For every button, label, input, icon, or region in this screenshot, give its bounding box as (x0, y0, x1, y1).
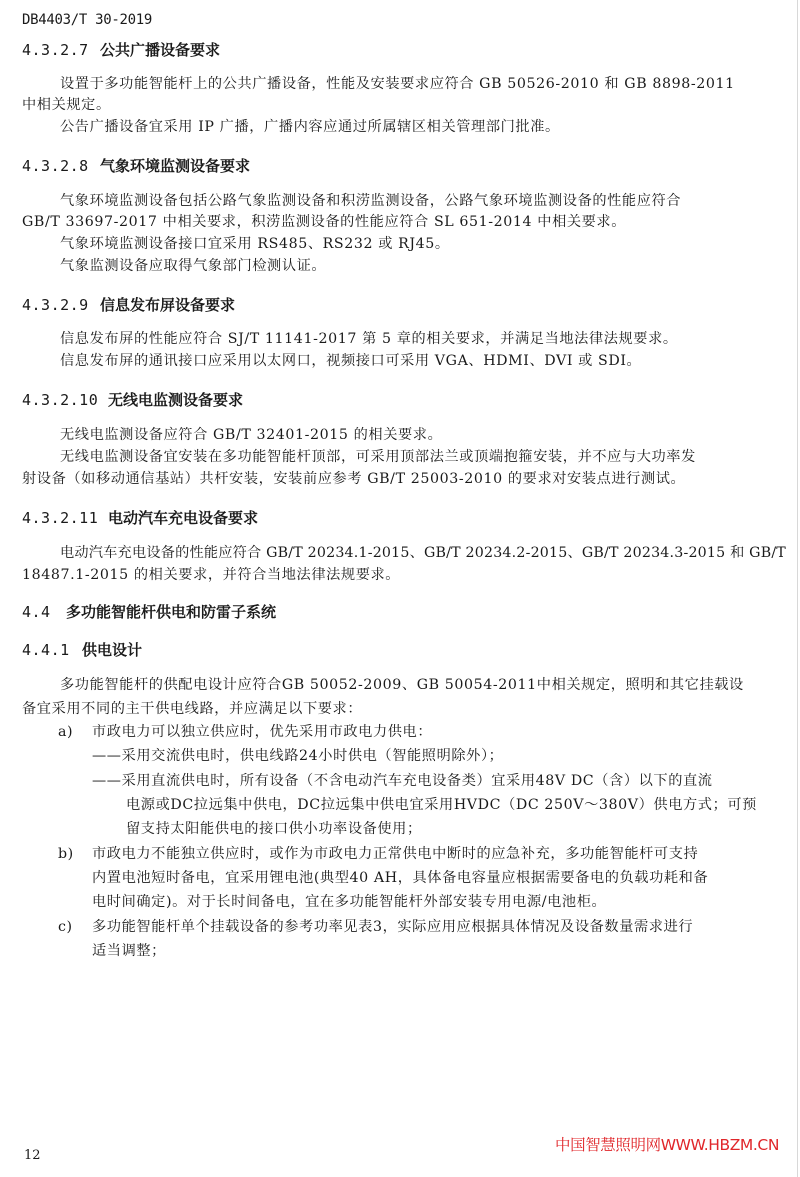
dash-item-line: ——采用交流供电时，供电线路24小时供电（智能照明除外）； (92, 746, 503, 767)
list-item-line: 市政电力不能独立供应时，或作为市政电力正常供电中断时的应急补充，多功能智能杆可支… (92, 844, 698, 865)
document-page: DB4403/T 30-2019 4.3.2.7公共广播设备要求 设置于多功能智… (0, 0, 800, 1177)
paragraph-line: 18487.1-2015 的相关要求，并符合当地法律法规要求。 (22, 565, 400, 586)
paragraph-line: 中相关规定。 (22, 95, 111, 116)
list-item-line: 市政电力可以独立供应时，优先采用市政电力供电： (92, 722, 432, 743)
heading-title: 信息发布屏设备要求 (100, 296, 235, 314)
heading-title: 电动汽车充电设备要求 (108, 509, 258, 527)
site-watermark: 中国智慧照明网WWW.HBZM.CN (555, 1133, 779, 1155)
heading-title: 多功能智能杆供电和防雷子系统 (66, 603, 276, 621)
dash-item-line: 电源或DC拉远集中供电，DC拉远集中供电宜采用HVDC（DC 250V～380V… (126, 795, 757, 816)
heading-4-4: 4.4多功能智能杆供电和防雷子系统 (22, 601, 276, 622)
paragraph-line: 信息发布屏的性能应符合 SJ/T 11141-2017 第 5 章的相关要求，并… (60, 329, 678, 350)
list-item-line: 电时间确定)。对于长时间备电，宜在多功能智能杆外部安装专用电源/电池柜。 (92, 892, 606, 913)
page-number: 12 (24, 1148, 41, 1163)
paragraph-line: 气象监测设备应取得气象部门检测认证。 (60, 256, 326, 277)
list-marker-c: c) (58, 917, 73, 938)
heading-number: 4.3.2.10 (22, 391, 108, 409)
paragraph-line: 电动汽车充电设备的性能应符合 GB/T 20234.1-2015、GB/T 20… (60, 543, 786, 564)
paragraph-line: 信息发布屏的通讯接口应采用以太网口，视频接口可采用 VGA、HDMI、DVI 或… (60, 351, 641, 372)
paragraph-line: 无线电监测设备应符合 GB/T 32401-2015 的相关要求。 (60, 425, 442, 446)
paragraph-line: 公告广播设备宜采用 IP 广播，广播内容应通过所属辖区相关管理部门批准。 (60, 117, 560, 138)
dash-item-line: ——采用直流供电时，所有设备（不含电动汽车充电设备类）宜采用48V DC（含）以… (92, 771, 713, 792)
list-marker-b: b) (58, 844, 74, 865)
heading-title: 公共广播设备要求 (100, 41, 220, 59)
paragraph-line: 射设备（如移动通信基站）共杆安装，安装前应参考 GB/T 25003-2010 … (22, 469, 685, 490)
heading-4-3-2-8: 4.3.2.8气象环境监测设备要求 (22, 155, 250, 176)
heading-number: 4.4 (22, 603, 66, 621)
paragraph-line: 无线电监测设备宜安装在多功能智能杆顶部，可采用顶部法兰或顶端抱箍安装，并不应与大… (60, 447, 696, 468)
heading-number: 4.3.2.8 (22, 157, 100, 175)
heading-title: 无线电监测设备要求 (108, 391, 243, 409)
list-item-line: 适当调整； (92, 941, 166, 962)
paragraph-line: 气象环境监测设备接口宜采用 RS485、RS232 或 RJ45。 (60, 234, 450, 255)
paragraph-line: GB/T 33697-2017 中相关要求，积涝监测设备的性能应符合 SL 65… (22, 212, 626, 233)
heading-number: 4.3.2.9 (22, 296, 100, 314)
dash-item-line: 留支持太阳能供电的接口供小功率设备使用； (126, 819, 422, 840)
heading-number: 4.3.2.11 (22, 509, 108, 527)
document-id: DB4403/T 30-2019 (22, 12, 152, 28)
heading-number: 4.4.1 (22, 641, 82, 659)
paragraph-line: 多功能智能杆的供配电设计应符合GB 50052-2009、GB 50054-20… (60, 675, 744, 696)
heading-title: 气象环境监测设备要求 (100, 157, 250, 175)
list-marker-a: a) (58, 722, 73, 743)
paragraph-line: 设置于多功能智能杆上的公共广播设备，性能及安装要求应符合 GB 50526-20… (60, 74, 735, 95)
heading-title: 供电设计 (82, 641, 142, 659)
heading-4-3-2-7: 4.3.2.7公共广播设备要求 (22, 39, 220, 60)
heading-number: 4.3.2.7 (22, 41, 100, 59)
list-item-line: 多功能智能杆单个挂载设备的参考功率见表3，实际应用应根据具体情况及设备数量需求进… (92, 917, 693, 938)
heading-4-3-2-9: 4.3.2.9信息发布屏设备要求 (22, 294, 235, 315)
heading-4-4-1: 4.4.1供电设计 (22, 639, 142, 660)
page-edge-divider (797, 0, 798, 1177)
paragraph-line: 气象环境监测设备包括公路气象监测设备和积涝监测设备，公路气象环境监测设备的性能应… (60, 191, 681, 212)
heading-4-3-2-10: 4.3.2.10无线电监测设备要求 (22, 389, 243, 410)
paragraph-line: 备宜采用不同的主干供电线路，并应满足以下要求： (22, 699, 362, 720)
list-item-line: 内置电池短时备电，宜采用锂电池(典型40 AH，具体备电容量应根据需要备电的负载… (92, 868, 708, 889)
heading-4-3-2-11: 4.3.2.11电动汽车充电设备要求 (22, 507, 258, 528)
